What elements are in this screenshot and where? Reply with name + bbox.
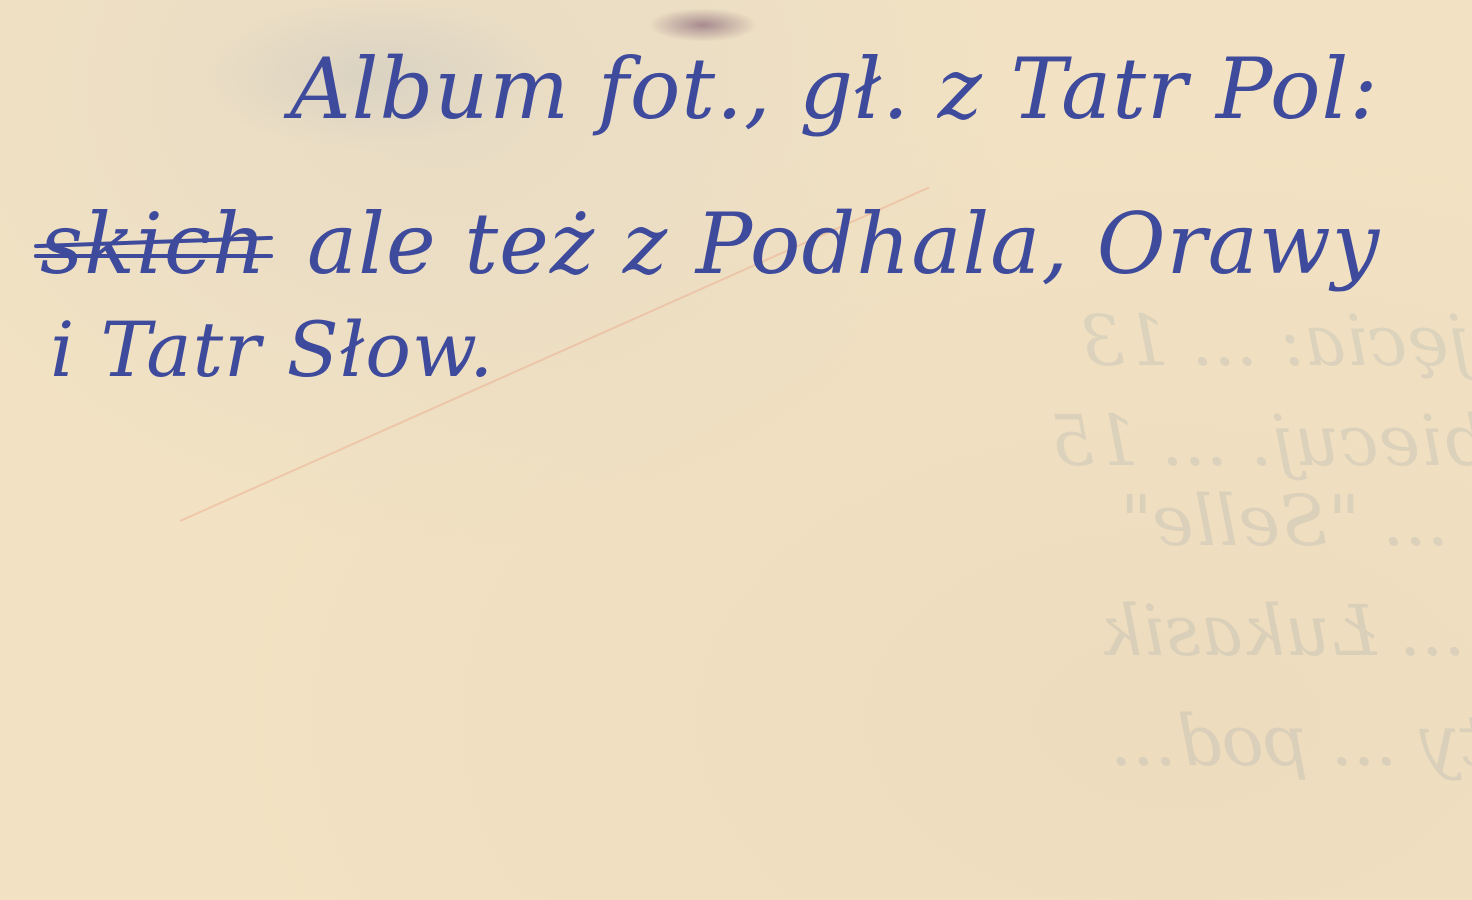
bleed-through-line: Objęty ... pod... (1110, 700, 1472, 782)
struck-through-word: skich (40, 195, 267, 293)
bleed-through-line: Dl. Nimeu ... "Selle" (1120, 480, 1472, 562)
bleed-through-line: Zdjęcia: ... 13 (1080, 300, 1472, 382)
bleed-through-line: Obiecuj. ... 15 (1050, 400, 1472, 482)
line-2-text: ale też z Podhala, Orawy (307, 195, 1380, 293)
ink-smudge (648, 8, 758, 42)
bleed-through-line: Alterna widoku ... Łukasik (1100, 590, 1472, 672)
handwritten-line-2: skichale też z Podhala, Orawy (40, 195, 1380, 293)
handwritten-line-1: Album fot., gł. z Tatr Pol: (290, 40, 1379, 138)
handwritten-line-3: i Tatr Słow. (50, 305, 494, 394)
index-card: Zdjęcia: ... 13 Obiecuj. ... 15 Dl. Nime… (0, 0, 1472, 900)
